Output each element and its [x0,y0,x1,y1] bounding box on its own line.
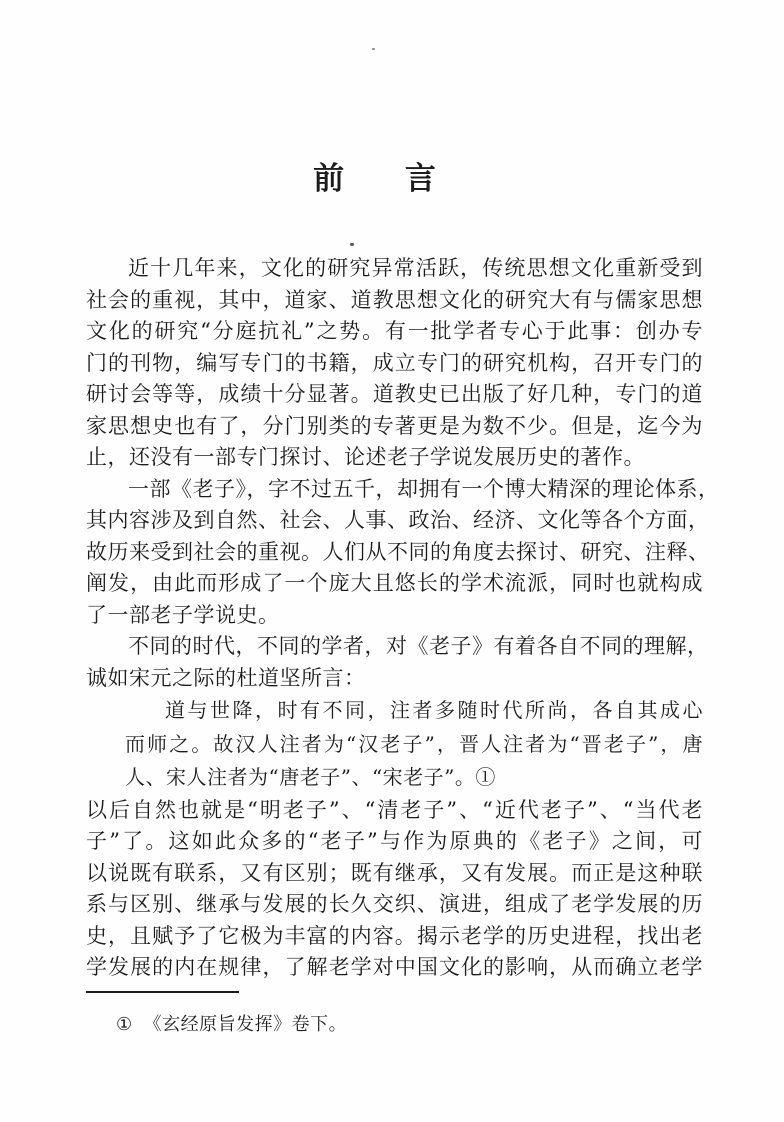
text-line: 一部《老子》，字不过五千，却拥有一个博大精深的理论体系， [86,474,703,506]
text-line: 以后自然也就是“明老子”、“清老子”、“近代老子”、“当代老 [86,795,703,827]
text-line: 不同的时代，不同的学者，对《老子》有着各自不同的理解， [86,631,703,663]
text-line: 近十几年来，文化的研究异常活跃，传统思想文化重新受到 [86,253,703,285]
text-line: 诚如宋元之际的杜道坚所言： [86,663,703,695]
footnote-separator [86,991,239,993]
paragraph: 以后自然也就是“明老子”、“清老子”、“近代老子”、“当代老子”了。这如此众多的… [86,795,703,984]
footnote-marker: ① [116,1014,133,1035]
text-line: 研讨会等等，成绩十分显著。道教史已出版了好几种，专门的道 [86,379,703,411]
book-page: 前 言 近十几年来，文化的研究异常活跃，传统思想文化重新受到社会的重视，其中，道… [0,0,784,1122]
paragraph: 不同的时代，不同的学者，对《老子》有着各自不同的理解，诚如宋元之际的杜道坚所言： [86,631,703,694]
text-line: 家思想史也有了，分门别类的专著更是为数不少。但是，迄今为 [86,411,703,443]
page-title: 前 言 [0,160,767,198]
text-line: 其内容涉及到自然、社会、人事、政治、经济、文化等各个方面， [86,505,703,537]
text-line: 学发展的内在规律，了解老学对中国文化的影响，从而确立老学 [86,952,703,984]
scan-speck-icon [372,48,375,50]
text-line: 文化的研究“分庭抗礼”之势。有一批学者专心于此事：创办专 [86,316,703,348]
text-line: 社会的重视，其中，道家、道教思想文化的研究大有与儒家思想 [86,285,703,317]
text-line: 了一部老子学说史。 [86,600,703,632]
footnote-text: 《玄经原旨发挥》卷下。 [144,1014,348,1035]
text-line: 止，还没有一部专门探讨、论述老子学说发展历史的著作。 [86,442,703,474]
text-line: 子”了。这如此众多的“老子”与作为原典的《老子》之间，可 [86,826,703,858]
text-line: 而师之。故汉人注者为“汉老子”，晋人注者为“晋老子”，唐 [125,728,703,762]
scan-speck-icon [350,243,354,246]
text-line: 以说既有联系，又有区别；既有继承，又有发展。而正是这种联 [86,858,703,890]
paragraph: 近十几年来，文化的研究异常活跃，传统思想文化重新受到社会的重视，其中，道家、道教… [86,253,703,474]
paragraph: 一部《老子》，字不过五千，却拥有一个博大精深的理论体系，其内容涉及到自然、社会、… [86,474,703,632]
text-line: 人、宋人注者为“唐老子”、“宋老子”。① [125,761,703,795]
footnote: ①《玄经原旨发挥》卷下。 [116,1011,347,1039]
text-line: 门的刊物，编写专门的书籍，成立专门的研究机构，召开专门的 [86,348,703,380]
preface-text: 近十几年来，文化的研究异常活跃，传统思想文化重新受到社会的重视，其中，道家、道教… [86,253,703,984]
text-line: 道与世降，时有不同，注者多随时代所尚，各自其成心 [125,694,703,728]
text-line: 故历来受到社会的重视。人们从不同的角度去探讨、研究、注释、 [86,537,703,569]
block-quote: 道与世降，时有不同，注者多随时代所尚，各自其成心而师之。故汉人注者为“汉老子”，… [86,694,703,795]
text-line: 系与区别、继承与发展的长久交织、演进，组成了老学发展的历 [86,889,703,921]
text-line: 史，且赋予了它极为丰富的内容。揭示老学的历史进程，找出老 [86,921,703,953]
text-line: 阐发，由此而形成了一个庞大且悠长的学术流派，同时也就构成 [86,568,703,600]
